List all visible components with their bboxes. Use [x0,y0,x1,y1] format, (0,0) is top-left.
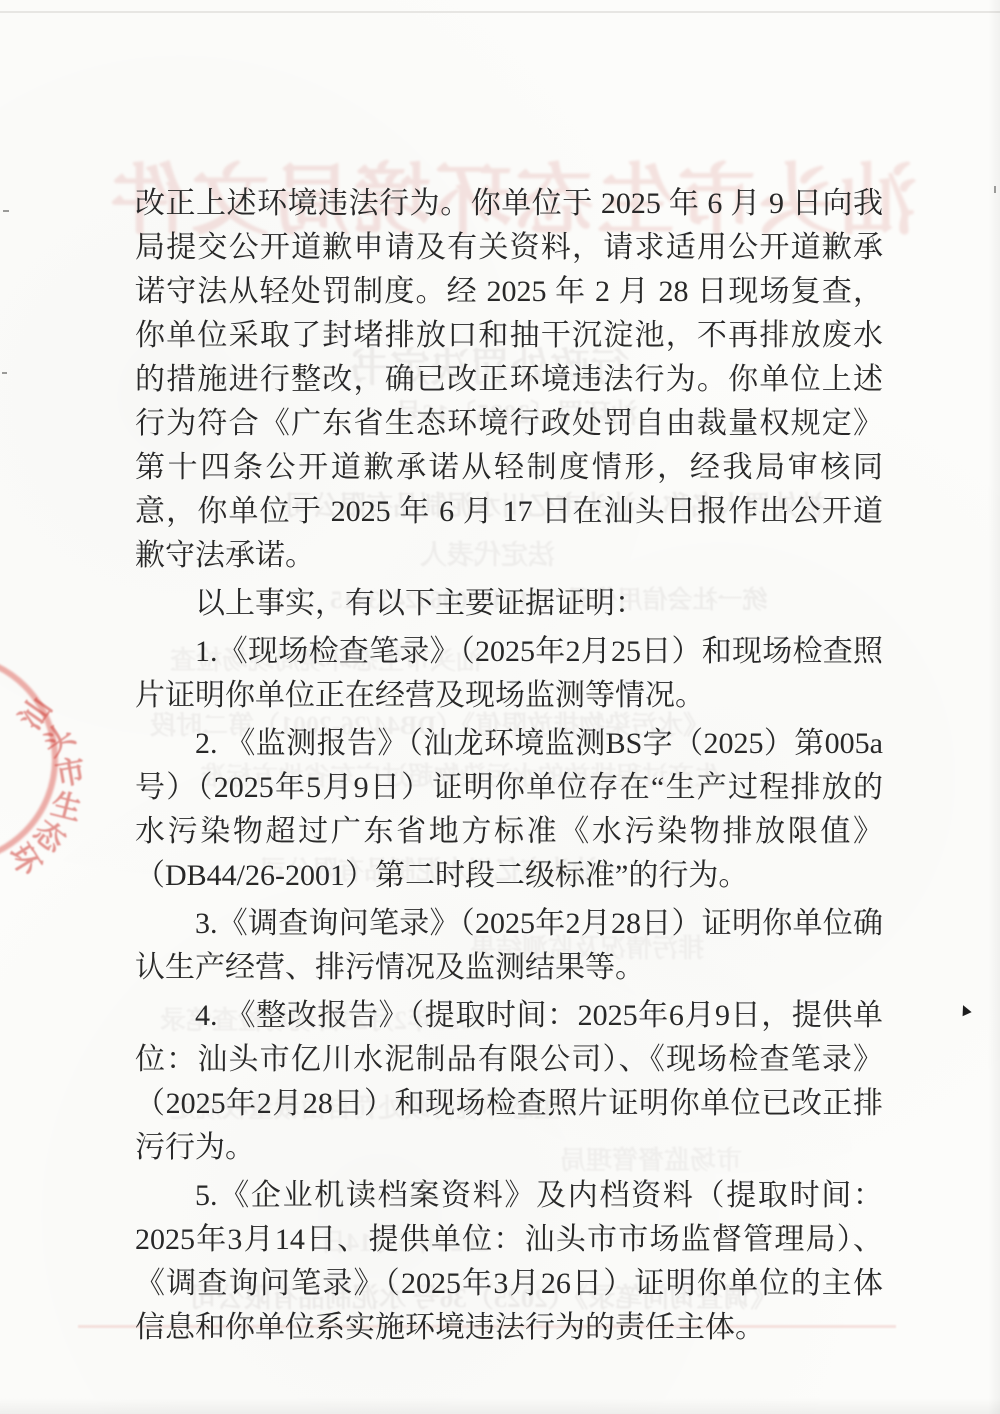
scan-speck [2,372,7,374]
paragraph: 以上事实，有以下主要证据证明： [135,582,883,626]
document-body: 改正上述环境违法行为。你单位于 2025 年 6 月 9 日向我局提交公开道歉申… [135,182,883,1350]
scan-speck [3,210,9,212]
scan-bottom-edge-shadow [0,1398,1000,1414]
paragraph: 4. 《整改报告》（提取时间：2025年6月9日，提供单位：汕头市亿川水泥制品有… [135,994,883,1170]
paragraph: 2. 《监测报告》（汕龙环境监测BS字（2025）第005a号）（2025年5月… [135,722,883,898]
paragraph: 改正上述环境违法行为。你单位于 2025 年 6 月 9 日向我局提交公开道歉申… [135,182,883,578]
scanned-document-page: 汕头市生态环境局文件 行政处罚决定书汕环罚〔2025〕16号被处罚人名称：汕头市… [0,0,1000,1414]
scan-speck [994,186,996,193]
paragraph: 5.《企业机读档案资料》及内档资料（提取时间：2025年3月14日、提供单位：汕… [135,1174,883,1350]
scan-right-edge-shadow [988,0,1000,1414]
stray-ink-arrow-mark: ▲ [957,1001,972,1019]
paragraph: 1.《现场检查笔录》（2025年2月25日）和现场检查照片证明你单位正在经营及现… [135,630,883,718]
scan-top-edge-line [0,11,1000,13]
paragraph: 3.《调查询问笔录》（2025年2月28日）证明你单位确认生产经营、排污情况及监… [135,902,883,990]
